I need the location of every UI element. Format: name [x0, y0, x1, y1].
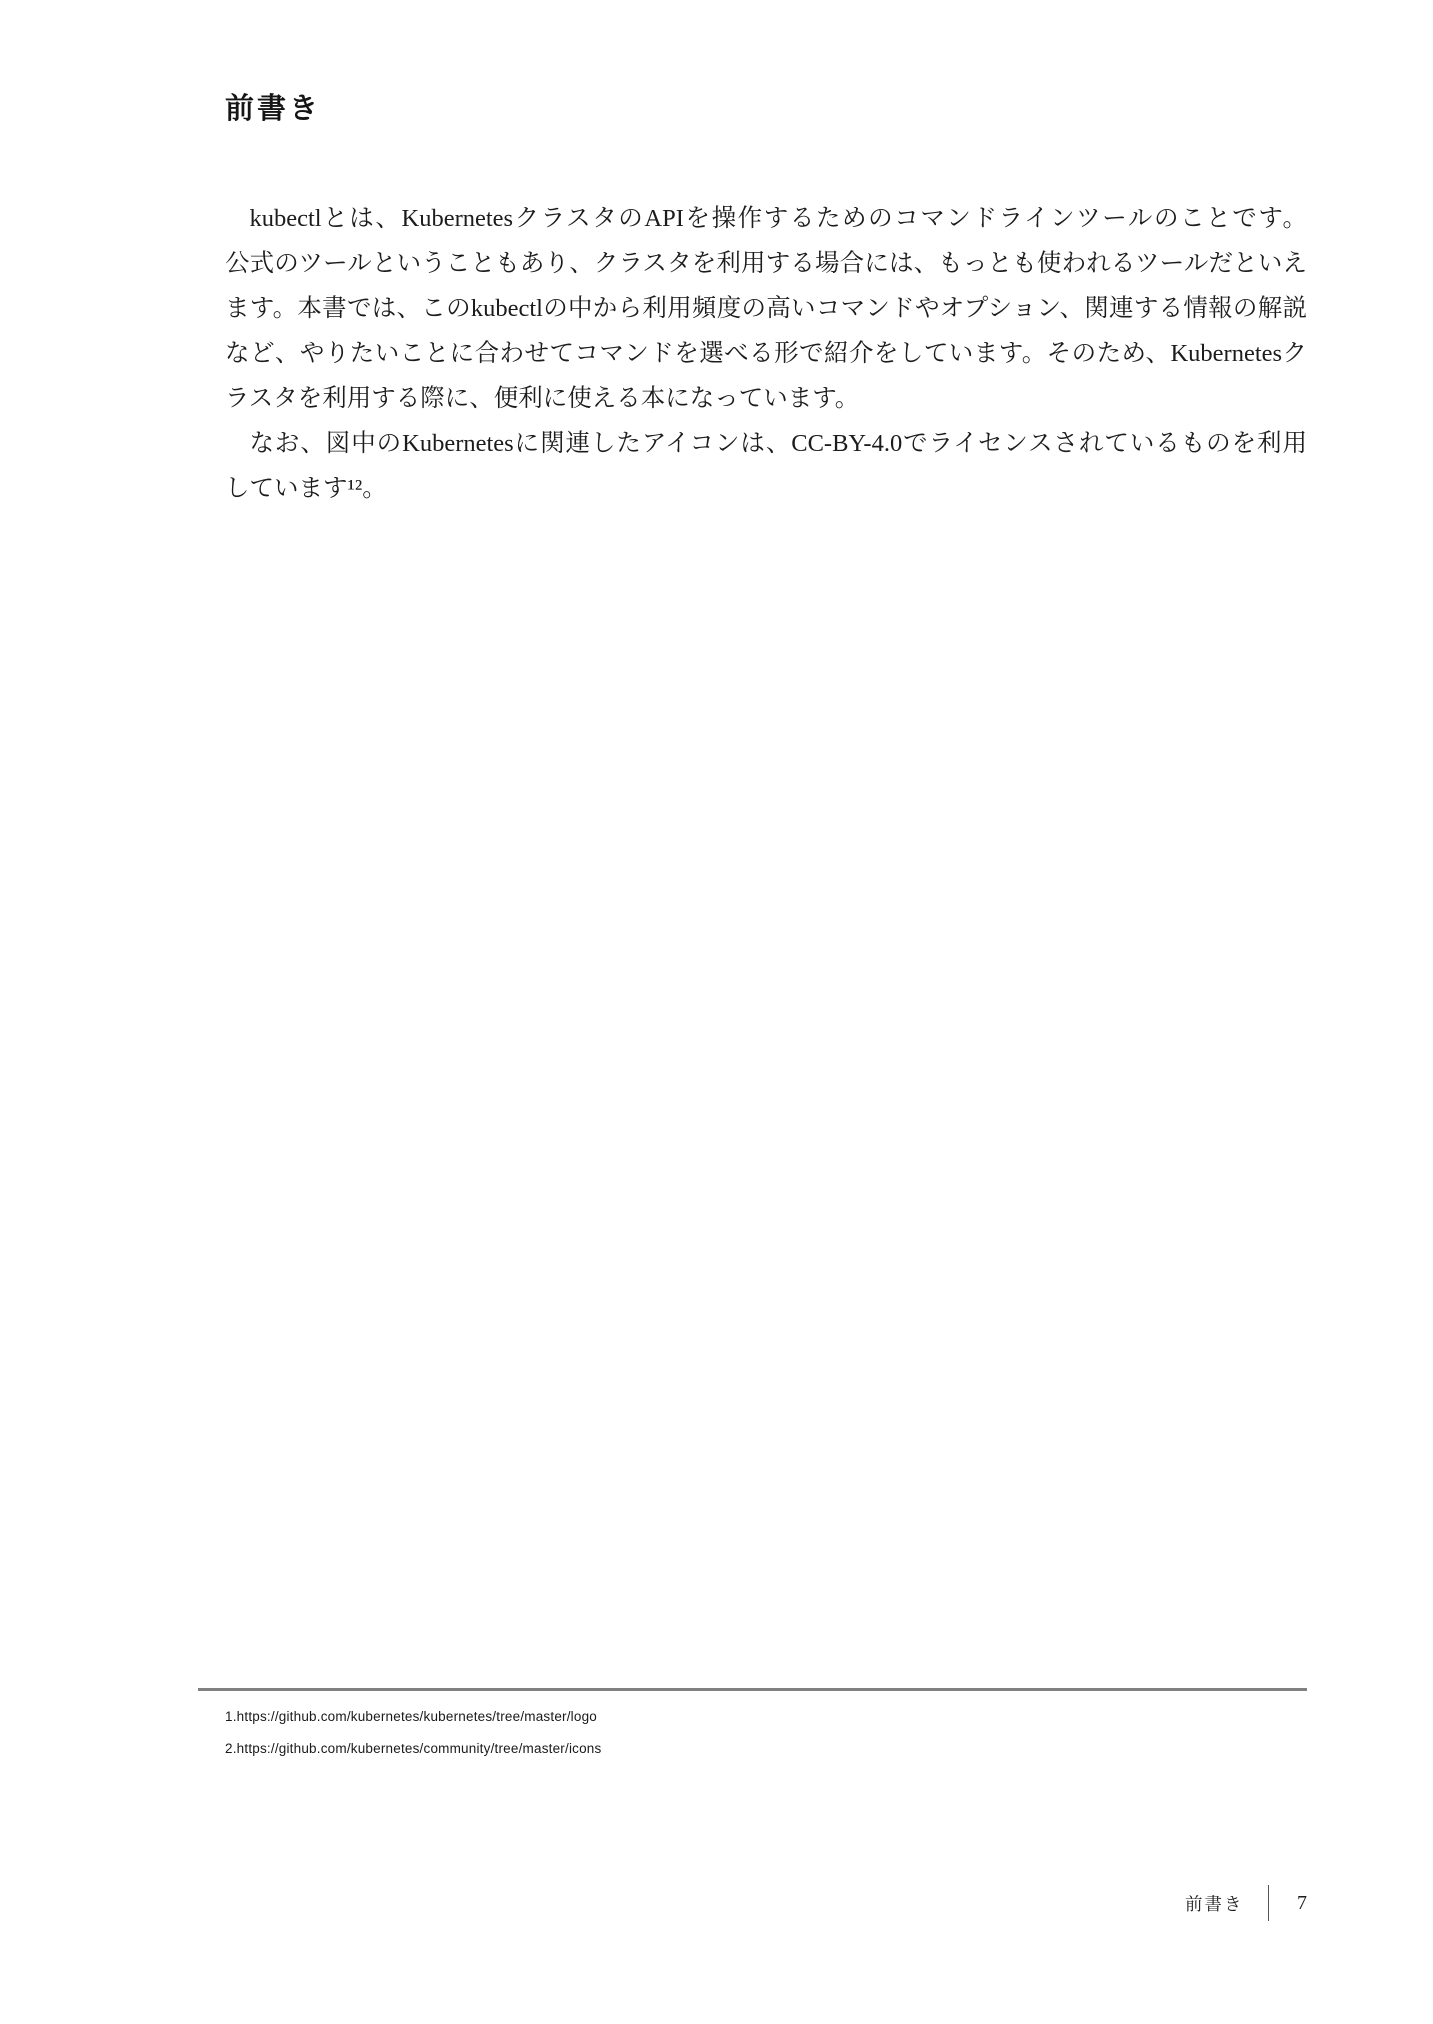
body-line: ます。本書では、このkubectlの中から利用頻度の高いコマンドやオプション、関… [225, 286, 1307, 331]
body-line: 公式のツールということもあり、クラスタを利用する場合には、もっとも使われるツール… [225, 241, 1307, 286]
body-line: など、やりたいことに合わせてコマンドを選べる形で紹介をしています。そのため、Ku… [225, 331, 1307, 376]
page-title: 前書き [225, 86, 321, 127]
page-footer: 前書き 7 [1185, 1884, 1307, 1922]
footnote-divider [198, 1688, 1307, 1691]
footnote-item: 1.https://github.com/kubernetes/kubernet… [225, 1701, 601, 1733]
footer-section-label: 前書き [1185, 1891, 1244, 1916]
book-page: 前書き kubectlとは、KubernetesクラスタのAPIを操作するための… [0, 0, 1433, 2024]
footnotes: 1.https://github.com/kubernetes/kubernet… [225, 1701, 601, 1765]
body-text: kubectlとは、KubernetesクラスタのAPIを操作するためのコマンド… [225, 196, 1307, 511]
body-line: ラスタを利用する際に、便利に使える本になっています。 [225, 376, 1307, 421]
body-line: kubectlとは、KubernetesクラスタのAPIを操作するためのコマンド… [225, 196, 1307, 241]
footer-divider [1268, 1885, 1270, 1921]
footer-page-number: 7 [1297, 1892, 1307, 1915]
body-line: なお、図中のKubernetesに関連したアイコンは、CC-BY-4.0でライセ… [225, 421, 1307, 466]
body-line: しています¹²。 [225, 466, 1307, 511]
footnote-item: 2.https://github.com/kubernetes/communit… [225, 1733, 601, 1765]
